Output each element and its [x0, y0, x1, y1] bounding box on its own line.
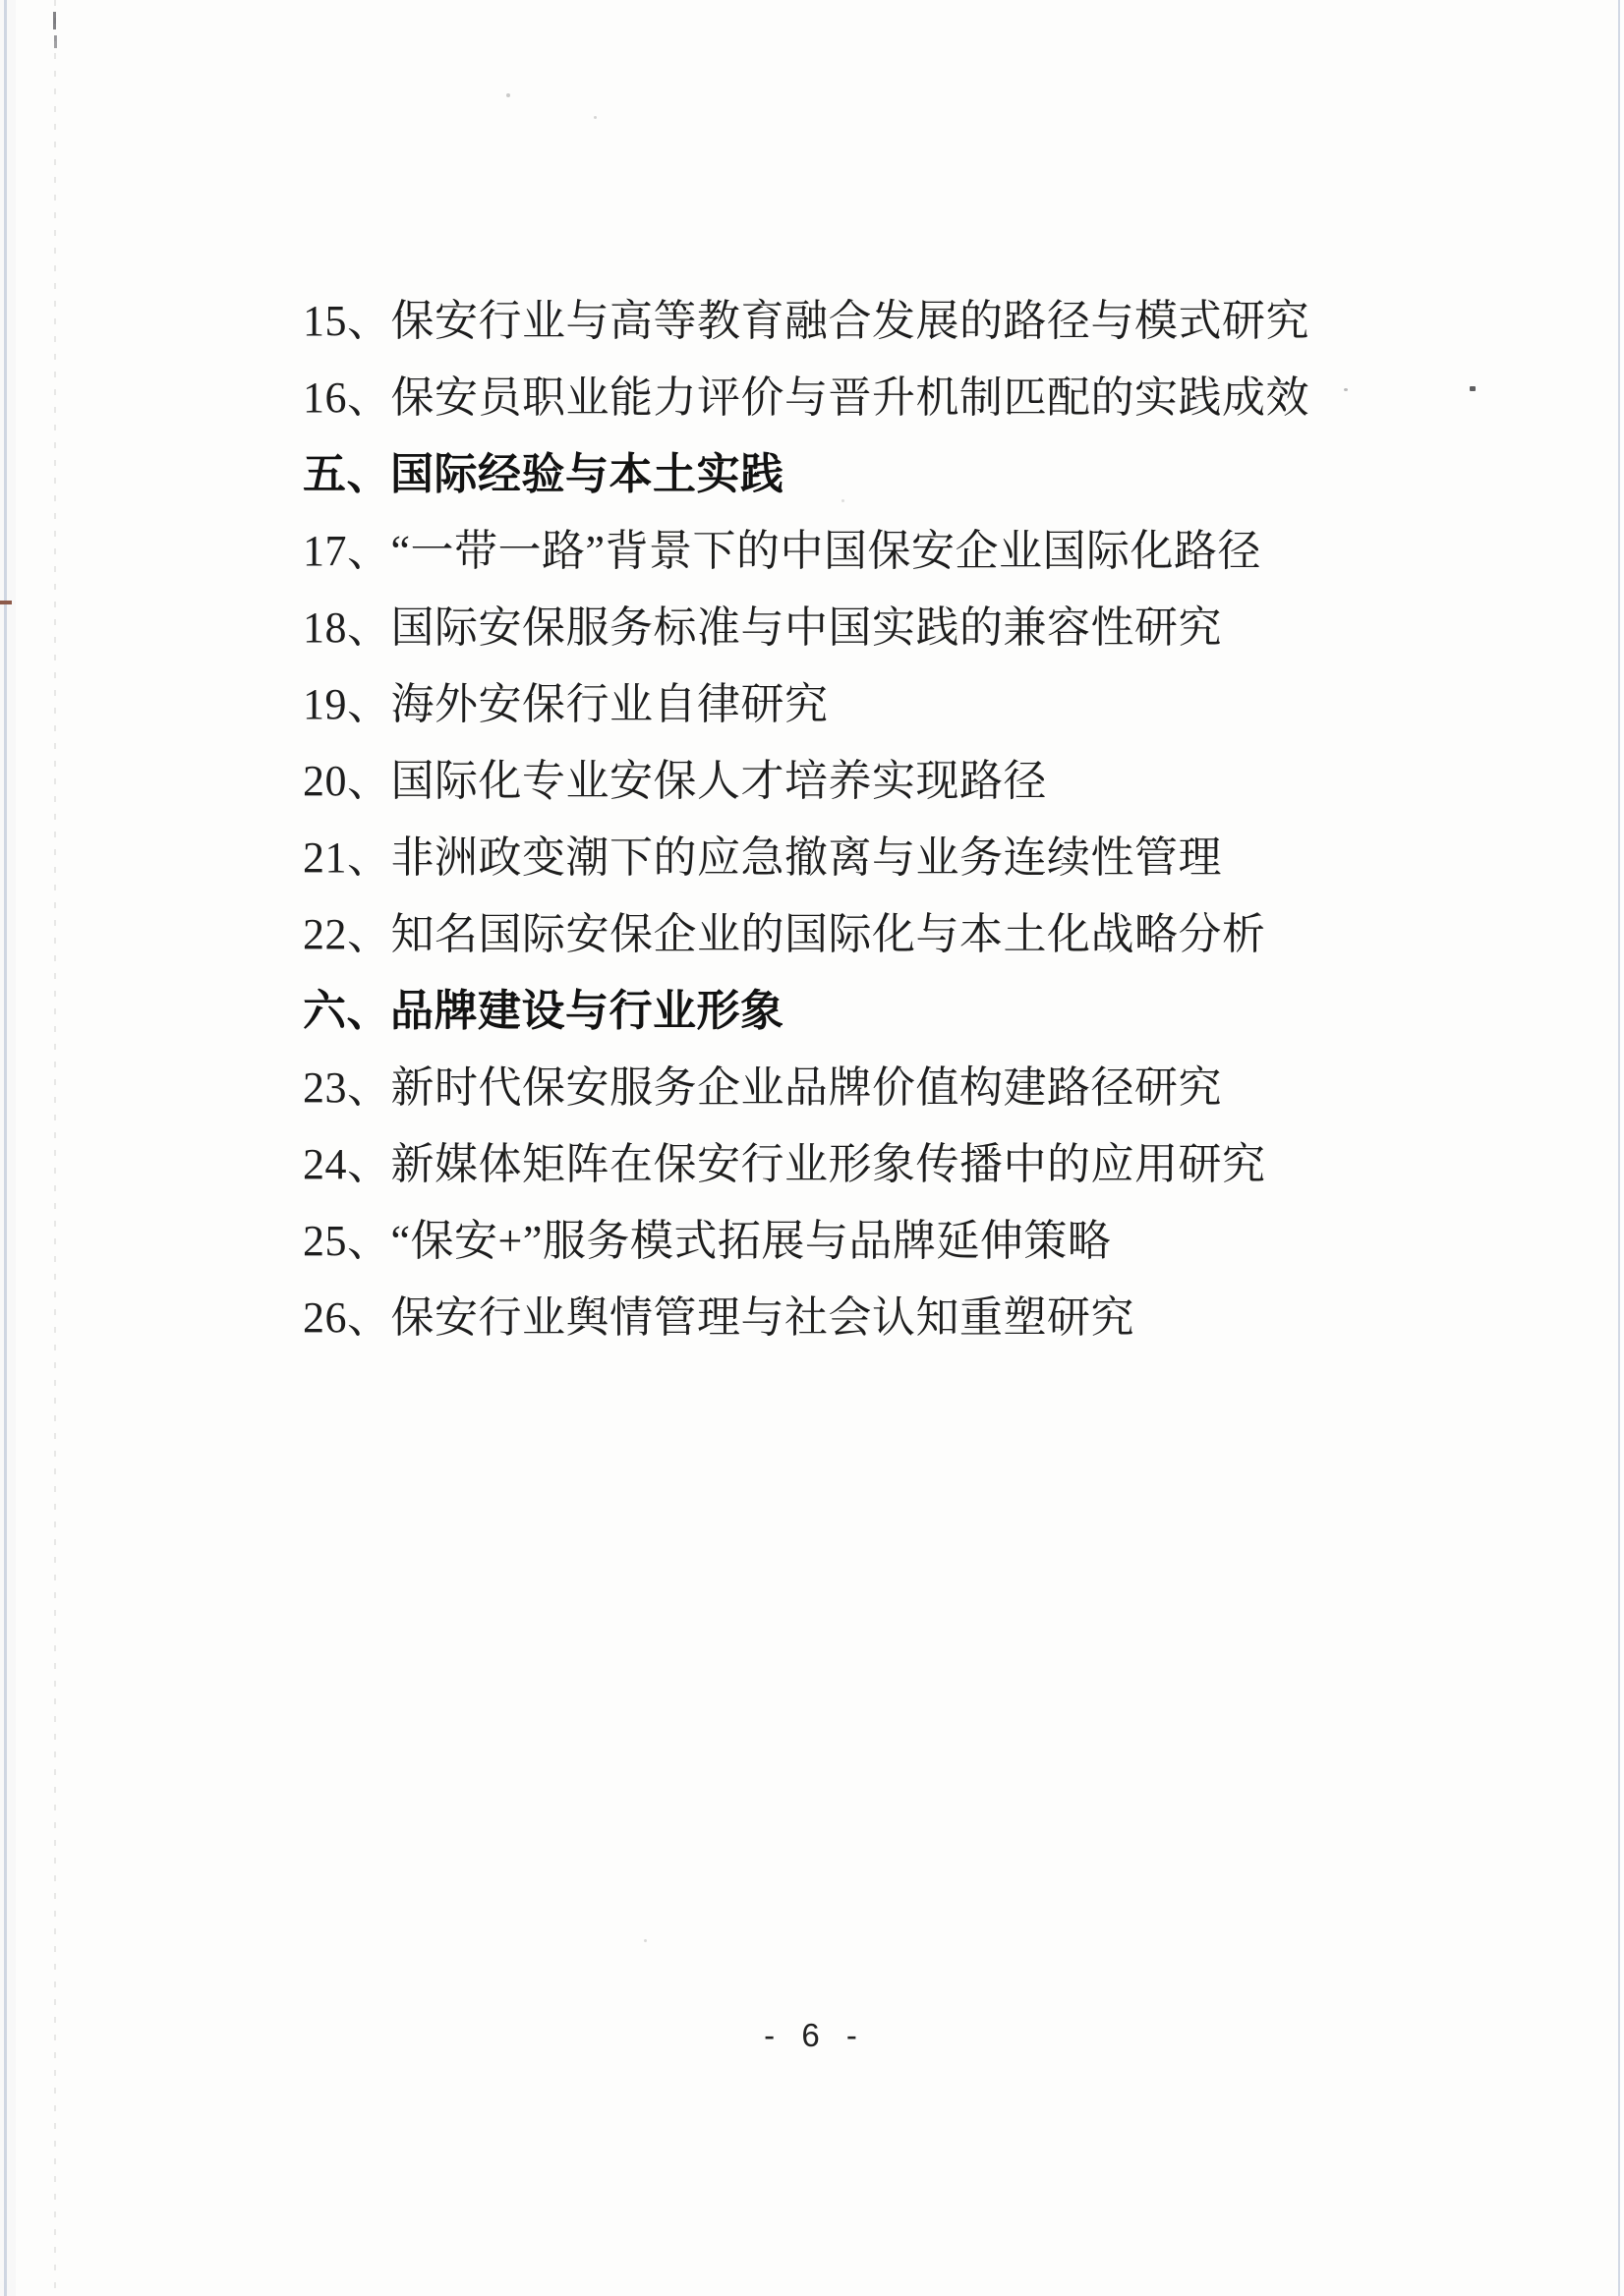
item-text: 保安员职业能力评价与晋升机制匹配的实践成效 — [391, 373, 1310, 422]
item-text: 非洲政变潮下的应急撤离与业务连续性管理 — [391, 833, 1223, 882]
item-number: 26、 — [303, 1293, 391, 1342]
list-item: 23、新时代保安服务企业品牌价值构建路径研究 — [303, 1050, 1309, 1126]
item-number: 23、 — [303, 1063, 391, 1112]
document-page: 15、保安行业与高等教育融合发展的路径与模式研究16、保安员职业能力评价与晋升机… — [0, 0, 1624, 2296]
list-item: 21、非洲政变潮下的应急撤离与业务连续性管理 — [303, 820, 1309, 896]
list-item: 19、海外安保行业自律研究 — [303, 666, 1309, 743]
list-item: 18、国际安保服务标准与中国实践的兼容性研究 — [303, 590, 1309, 666]
list-item: 16、保安员职业能力评价与晋升机制匹配的实践成效 — [303, 360, 1309, 436]
list-item: 20、国际化专业安保人才培养实现路径 — [303, 743, 1309, 820]
scan-dotted-fold-line — [54, 0, 56, 2296]
scan-left-edge-line — [4, 0, 7, 2296]
item-number: 20、 — [303, 757, 391, 805]
list-item: 25、“保安+”服务模式拓展与品牌延伸策略 — [303, 1203, 1309, 1280]
scan-left-band — [0, 0, 16, 2296]
section-heading: 六、品牌建设与行业形象 — [303, 973, 1309, 1050]
list-item: 24、新媒体矩阵在保安行业形象传播中的应用研究 — [303, 1126, 1309, 1203]
scan-speck — [1470, 386, 1476, 391]
item-number: 24、 — [303, 1140, 391, 1188]
item-text: 保安行业舆情管理与社会认知重塑研究 — [391, 1293, 1135, 1342]
scan-speck — [644, 1939, 647, 1942]
scan-speck — [1344, 388, 1348, 391]
item-text: 国际安保服务标准与中国实践的兼容性研究 — [391, 603, 1223, 652]
item-number: 17、 — [303, 527, 391, 575]
item-number: 18、 — [303, 603, 391, 652]
scan-speck — [506, 93, 510, 97]
section-heading: 五、国际经验与本土实践 — [303, 436, 1309, 513]
item-text: 知名国际安保企业的国际化与本土化战略分析 — [391, 910, 1266, 958]
list-item: 22、知名国际安保企业的国际化与本土化战略分析 — [303, 896, 1309, 973]
scan-speck — [594, 116, 597, 119]
list-item: 26、保安行业舆情管理与社会认知重塑研究 — [303, 1280, 1309, 1356]
item-number: 21、 — [303, 833, 391, 882]
item-text: 海外安保行业自律研究 — [391, 680, 829, 728]
item-number: 六、 — [303, 987, 390, 1035]
scan-right-edge-line — [1618, 0, 1620, 2296]
page-number: - 6 - — [0, 2011, 1624, 2060]
item-number: 五、 — [303, 450, 390, 498]
list-item: 15、保安行业与高等教育融合发展的路径与模式研究 — [303, 283, 1309, 360]
scan-dash-mark — [53, 12, 56, 29]
scan-dash-mark — [54, 35, 57, 48]
item-number: 15、 — [303, 297, 391, 345]
item-number: 22、 — [303, 910, 391, 958]
item-text: 品牌建设与行业形象 — [390, 987, 784, 1035]
scan-red-tick-mark — [0, 601, 12, 604]
item-text: 国际化专业安保人才培养实现路径 — [391, 757, 1048, 805]
item-text: 新媒体矩阵在保安行业形象传播中的应用研究 — [391, 1140, 1266, 1188]
item-text: “保安+”服务模式拓展与品牌延伸策略 — [391, 1217, 1112, 1265]
list-item: 17、“一带一路”背景下的中国保安企业国际化路径 — [303, 513, 1309, 590]
item-number: 25、 — [303, 1217, 391, 1265]
item-text: “一带一路”背景下的中国保安企业国际化路径 — [391, 527, 1262, 575]
item-text: 国际经验与本土实践 — [390, 450, 784, 498]
item-number: 16、 — [303, 373, 391, 422]
topic-list: 15、保安行业与高等教育融合发展的路径与模式研究16、保安员职业能力评价与晋升机… — [303, 283, 1309, 1356]
item-text: 保安行业与高等教育融合发展的路径与模式研究 — [391, 297, 1310, 345]
item-text: 新时代保安服务企业品牌价值构建路径研究 — [391, 1063, 1223, 1112]
item-number: 19、 — [303, 680, 391, 728]
